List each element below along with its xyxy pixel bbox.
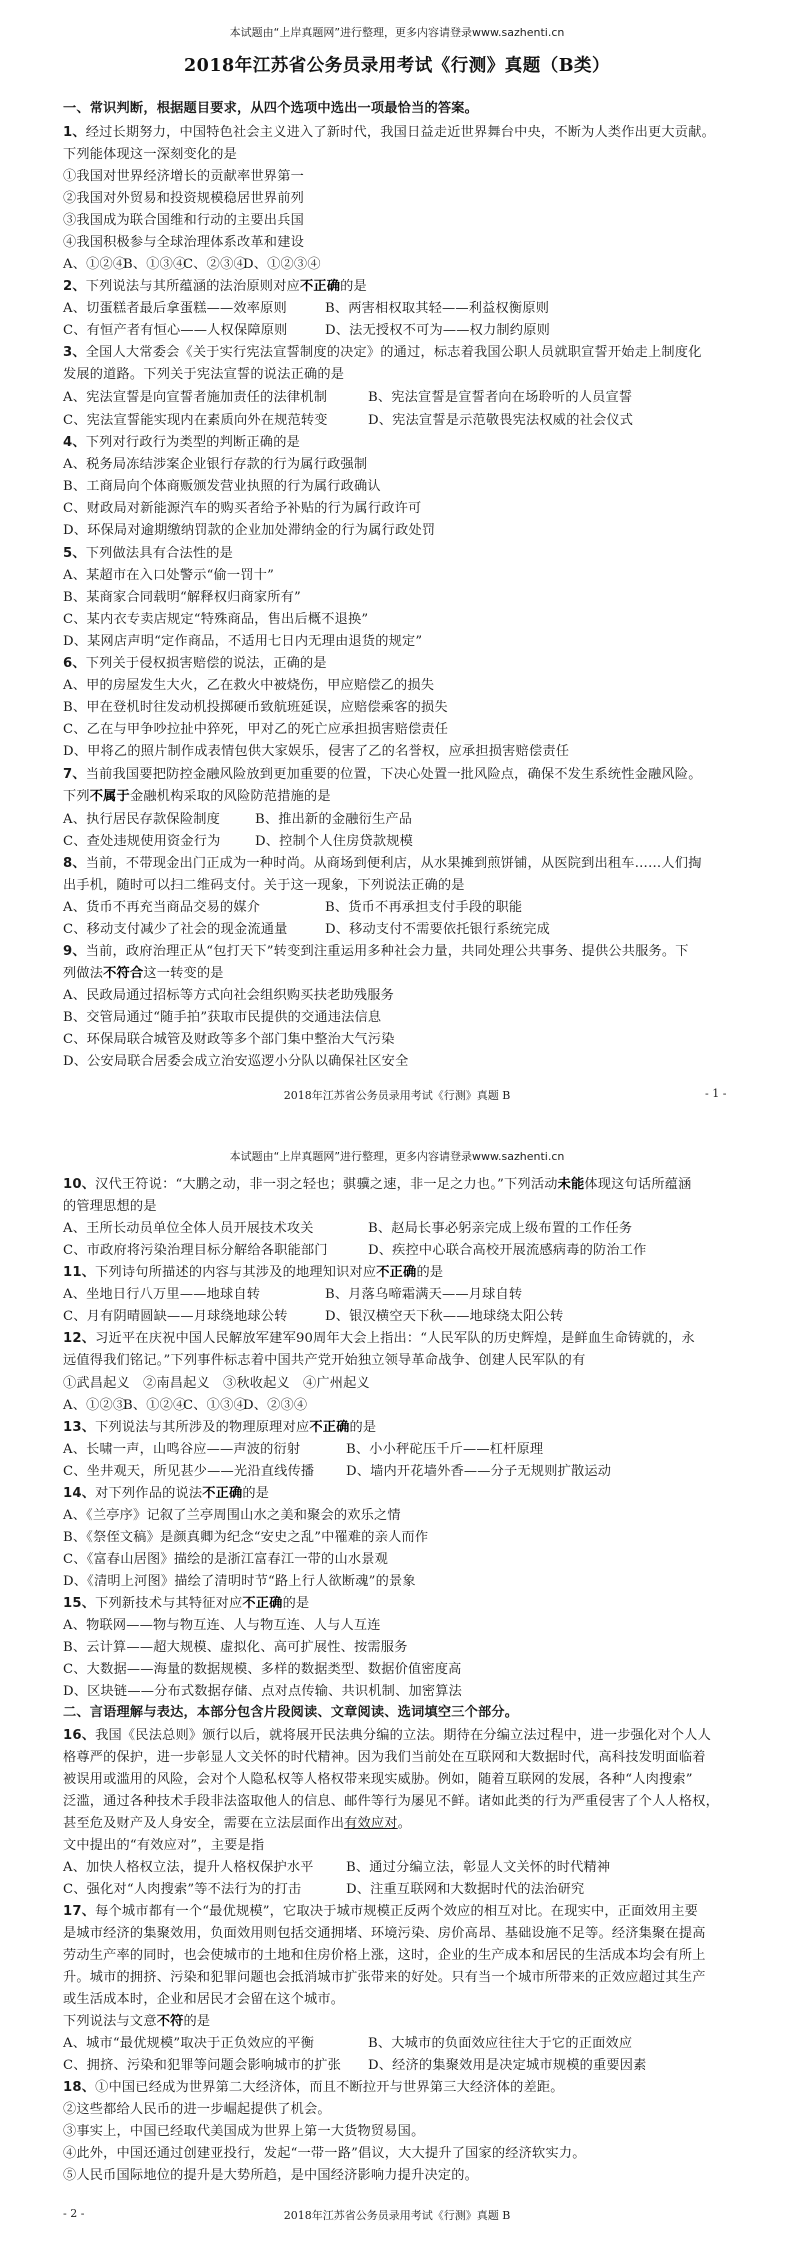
question-text: 列做法 [63, 966, 103, 981]
question-text: 对下列作品的说法 [95, 1486, 202, 1501]
question-12-stem: 12、习近平在庆祝中国人民解放军建军90周年大会上指出：“人民军队的历史辉煌，是… [63, 1330, 695, 1348]
question-text: 这一转变的是 [143, 966, 223, 981]
option-d[interactable]: D、①②③④ [243, 256, 321, 274]
question-16-passage: 格尊严的保护，进一步彰显人文关怀的时代精神。因为我们当前处在互联网和大数据时代，… [63, 1749, 706, 1767]
question-10-stem: 10、汉代王符说：“大鹏之动，非一羽之轻也；骐骥之速，非一足之力也。”下列活动未… [63, 1176, 692, 1194]
question-3-stem: 3、全国人大常委会《关于实行宪法宣誓制度的决定》的通过，标志着我国公职人员就职宣… [63, 344, 702, 362]
option-b[interactable]: B、交管局通过“随手拍”获取市民提供的交通违法信息 [63, 1009, 381, 1027]
question-number: 2、 [63, 279, 86, 294]
question-text: 经过长期努力，中国特色社会主义进入了新时代，我国日益走近世界舞台中央，不断为人类… [86, 125, 715, 140]
question-number: 3、 [63, 345, 86, 360]
option-d[interactable]: D、疾控中心联合高校开展流感病毒的防治工作 [368, 1242, 647, 1260]
emphasis-text: 未能 [558, 1177, 585, 1192]
question-number: 15、 [63, 1596, 95, 1611]
question-text: 下列说法与文意 [63, 2014, 157, 2029]
option-c[interactable]: C、《富春山居图》描绘的是浙江富春江一带的山水景观 [63, 1551, 388, 1569]
option-d[interactable]: D、区块链——分布式数据存储、点对点传输、共识机制、加密算法 [63, 1683, 462, 1701]
option-d[interactable]: D、环保局对逾期缴纳罚款的企业加处滞纳金的行为属行政处罚 [63, 522, 435, 540]
passage-text: 甚至危及财产及人身安全，需要在立法层面作出 [63, 1816, 344, 1831]
question-number: 17、 [63, 1904, 95, 1919]
emphasis-text: 不正确 [309, 1420, 349, 1435]
page-title: 2018年江苏省公务员录用考试《行测》真题（B类） [0, 52, 794, 77]
option-b[interactable]: B、宪法宣誓是宣誓者向在场聆听的人员宣誓 [368, 389, 632, 407]
option-b[interactable]: B、①③④ [123, 256, 186, 274]
question-2-stem: 2、下列说法与其所蕴涵的法治原则对应不正确的是 [63, 278, 367, 296]
option-a[interactable]: A、①②④ [63, 256, 126, 274]
question-text: 习近平在庆祝中国人民解放军建军90周年大会上指出：“人民军队的历史辉煌，是鲜血生… [95, 1331, 695, 1346]
option-c[interactable]: C、宪法宣誓能实现内在素质向外在规范转变 [63, 412, 328, 430]
question-1-stem-cont: 下列能体现这一深刻变化的是 [63, 146, 237, 164]
question-text: 汉代王符说：“大鹏之动，非一羽之轻也；骐骥之速，非一足之力也。”下列活动 [95, 1177, 557, 1192]
question-text: 下列说法与其所蕴涵的法治原则对应 [86, 279, 300, 294]
question-text: 当前我国要把防控金融风险放到更加重要的位置，下决心处置一批风险点，确保不发生系统… [86, 767, 702, 782]
question-16-prompt: 文中提出的“有效应对”，主要是指 [63, 1837, 264, 1855]
question-text: 下列诗句所描述的内容与其涉及的地理知识对应 [95, 1265, 376, 1280]
question-16-passage: 被误用或滥用的风险，会对个人隐私权等人格权带来现实威胁。例如，随着互联网的发展，… [63, 1771, 693, 1789]
passage-text: 我国《民法总则》颁行以后，就将展开民法典分编的立法。期待在分编立法过程中，进一步… [95, 1728, 711, 1743]
question-number: 10、 [63, 1177, 95, 1192]
question-9-stem-cont: 列做法不符合这一转变的是 [63, 965, 224, 983]
question-11-stem: 11、下列诗句所描述的内容与其涉及的地理知识对应不正确的是 [63, 1264, 443, 1282]
option-c[interactable]: C、拥挤、污染和犯罪等问题会影响城市的扩张 [63, 2057, 341, 2075]
question-text: 的是 [350, 1420, 377, 1435]
emphasis-text: 不符 [157, 2014, 184, 2029]
option-c[interactable]: C、查处违规使用资金行为 [63, 833, 221, 851]
question-1-item: ②我国对外贸易和投资规模稳居世界前列 [63, 190, 304, 208]
option-a[interactable]: A、切蛋糕者最后拿蛋糕——效率原则 [63, 300, 287, 318]
option-c[interactable]: C、市政府将污染治理目标分解给各职能部门 [63, 1242, 328, 1260]
option-d[interactable]: D、②③④ [243, 1397, 307, 1415]
option-a[interactable]: A、税务局冻结涉案企业银行存款的行为属行政强制 [63, 456, 367, 474]
question-text: 下列做法具有合法性的是 [86, 546, 233, 561]
question-16-passage: 泛滥，通过各种技术手段非法盗取他人的信息、邮件等行为屡见不鲜。诸如此类的行为严重… [63, 1793, 719, 1811]
option-c[interactable]: C、②③④ [183, 256, 247, 274]
option-b[interactable]: B、货币不再承担支付手段的职能 [325, 899, 522, 917]
question-8-stem: 8、当前，不带现金出门正成为一种时尚。从商场到便利店，从水果摊到煎饼铺，从医院到… [63, 855, 702, 873]
question-number: 4、 [63, 435, 86, 450]
question-number: 14、 [63, 1486, 95, 1501]
emphasis-text: 不属于 [90, 789, 130, 804]
question-text: 体现这句话所蕴涵 [584, 1177, 691, 1192]
option-c[interactable]: C、环保局联合城管及财政等多个部门集中整治大气污染 [63, 1031, 395, 1049]
question-number: 1、 [63, 125, 86, 140]
option-c[interactable]: C、某内衣专卖店规定“特殊商品，售出后概不退换” [63, 611, 368, 629]
question-text: 金融机构采取的风险防范措施的是 [130, 789, 331, 804]
option-d[interactable]: D、银汉横空天下秋——地球绕太阳公转 [325, 1308, 563, 1326]
option-a[interactable]: A、执行居民存款保险制度 [63, 811, 220, 829]
question-text: 当前，不带现金出门正成为一种时尚。从商场到便利店，从水果摊到煎饼铺，从医院到出租… [86, 856, 702, 871]
option-c[interactable]: C、月有阴晴圆缺——月球绕地球公转 [63, 1308, 288, 1326]
question-1-stem: 1、经过长期努力，中国特色社会主义进入了新时代，我国日益走近世界舞台中央，不断为… [63, 124, 715, 142]
question-9-stem: 9、当前，政府治理正从“包打天下”转变到注重运用多种社会力量，共同处理公共事务、… [63, 943, 689, 961]
option-d[interactable]: D、墙内开花墙外香——分子无规则扩散运动 [346, 1463, 611, 1481]
option-b[interactable]: B、两害相权取其轻——利益权衡原则 [325, 300, 549, 318]
question-18-sentence: ②这些都给人民币的进一步崛起提供了机会。 [63, 2101, 331, 2119]
question-12-item: ②南昌起义 [143, 1375, 210, 1393]
question-16-passage: 甚至危及财产及人身安全，需要在立法层面作出有效应对。 [63, 1815, 411, 1833]
page-footer-title: 2018年江苏省公务员录用考试《行测》真题 B [0, 2207, 794, 2223]
question-7-stem-cont: 下列不属于金融机构采取的风险防范措施的是 [63, 788, 331, 806]
question-12-item: ④广州起义 [303, 1375, 370, 1393]
passage-text: 每个城市都有一个“最优规模”，它取决于城市规模正反两个效应的相互对比。在现实中，… [95, 1904, 698, 1919]
question-14-stem: 14、对下列作品的说法不正确的是 [63, 1485, 269, 1503]
question-number: 5、 [63, 546, 86, 561]
option-c[interactable]: C、财政局对新能源汽车的购买者给予补贴的行为属行政许可 [63, 500, 421, 518]
question-17-passage: 或生活成本时，企业和居民才会留在这个城市。 [63, 1991, 344, 2009]
option-d[interactable]: D、甲将乙的照片制作成表情包供大家娱乐，侵害了乙的名誉权，应承担损害赔偿责任 [63, 743, 569, 761]
option-c[interactable]: C、有恒产者有恒心——人权保障原则 [63, 322, 288, 340]
question-16-passage: 16、我国《民法总则》颁行以后，就将展开民法典分编的立法。期待在分编立法过程中，… [63, 1727, 711, 1745]
question-18-sentence: 18、①中国已经成为世界第二大经济体，而且不断拉开与世界第三大经济体的差距。 [63, 2079, 564, 2097]
option-a[interactable]: A、坐地日行八万里——地球自转 [63, 1286, 260, 1304]
option-c[interactable]: C、①③④ [183, 1397, 247, 1415]
question-1-item: ①我国对世界经济增长的贡献率世界第一 [63, 168, 304, 186]
question-5-stem: 5、下列做法具有合法性的是 [63, 545, 233, 563]
emphasis-text: 不符合 [103, 966, 143, 981]
question-text: 的是 [242, 1486, 269, 1501]
section-heading-verbal: 二、言语理解与表达，本部分包含片段阅读、文章阅读、选词填空三个部分。 [63, 1704, 518, 1722]
option-a[interactable]: A、王所长动员单位全体人员开展技术攻关 [63, 1220, 314, 1238]
question-text: 当前，政府治理正从“包打天下”转变到注重运用多种社会力量，共同处理公共事务、提供… [86, 944, 689, 959]
option-b[interactable]: B、小小秤砣压千斤——杠杆原理 [346, 1441, 543, 1459]
emphasis-text: 不正确 [242, 1596, 282, 1611]
page-footer-title: 2018年江苏省公务员录用考试《行测》真题 B [0, 1087, 794, 1103]
option-d[interactable]: D、法无授权不可为——权力制约原则 [325, 322, 550, 340]
site-watermark: 本试题由“上岸真题网”进行整理，更多内容请登录www.sazhenti.cn [0, 24, 794, 40]
question-12-item: ①武昌起义 [63, 1375, 130, 1393]
question-12-stem-cont: 远值得我们铭记。”下列事件标志着中国共产党开始独立领导革命战争、创建人民军队的有 [63, 1352, 585, 1370]
option-b[interactable]: B、赵局长事必躬亲完成上级布置的工作任务 [368, 1220, 632, 1238]
question-text: 的是 [283, 1596, 310, 1611]
option-d[interactable]: D、经济的集聚效用是决定城市规模的重要因素 [368, 2057, 647, 2075]
option-b[interactable]: B、甲在登机时往发动机投掷硬币致航班延误，应赔偿乘客的损失 [63, 699, 448, 717]
option-c[interactable]: C、强化对“人肉搜索”等不法行为的打击 [63, 1881, 301, 1899]
option-c[interactable]: C、乙在与甲争吵拉扯中猝死，甲对乙的死亡应承担损害赔偿责任 [63, 721, 448, 739]
question-17-passage: 劳动生产率的同时，也会使城市的土地和住房价格上涨，这时，企业的生产成本和居民的生… [63, 1947, 706, 1965]
option-b[interactable]: B、工商局向个体商贩颁发营业执照的行为属行政确认 [63, 478, 381, 496]
question-number: 7、 [63, 767, 86, 782]
option-c[interactable]: C、大数据——海量的数据规模、多样的数据类型、数据价值密度高 [63, 1661, 462, 1679]
option-a[interactable]: A、城市“最优规模”取决于正负效应的平衡 [63, 2035, 314, 2053]
option-d[interactable]: D、注重互联网和大数据时代的法治研究 [346, 1881, 584, 1899]
question-6-stem: 6、下列关于侵权损害赔偿的说法，正确的是 [63, 655, 327, 673]
question-number: 6、 [63, 656, 86, 671]
option-d[interactable]: D、公安局联合居委会成立治安巡逻小分队以确保社区安全 [63, 1053, 408, 1071]
question-13-stem: 13、下列说法与其所涉及的物理原理对应不正确的是 [63, 1419, 376, 1437]
option-a[interactable]: A、加快人格权立法，提升人格权保护水平 [63, 1859, 314, 1877]
page-number: - 1 - [705, 1087, 726, 1100]
question-text: 全国人大常委会《关于实行宪法宣誓制度的决定》的通过，标志着我国公职人员就职宣誓开… [86, 345, 702, 360]
option-a[interactable]: A、宪法宣誓是向宣誓者施加责任的法律机制 [63, 389, 327, 407]
question-17-passage: 17、每个城市都有一个“最优规模”，它取决于城市规模正反两个效应的相互对比。在现… [63, 1903, 698, 1921]
site-watermark: 本试题由“上岸真题网”进行整理，更多内容请登录www.sazhenti.cn [0, 1148, 794, 1164]
question-number: 13、 [63, 1420, 95, 1435]
option-b[interactable]: B、大城市的负面效应往往大于它的正面效应 [368, 2035, 632, 2053]
question-text: 下列 [63, 789, 90, 804]
question-7-stem: 7、当前我国要把防控金融风险放到更加重要的位置，下决心处置一批风险点，确保不发生… [63, 766, 702, 784]
option-b[interactable]: B、某商家合同载明“解释权归商家所有” [63, 589, 301, 607]
question-text: 下列关于侵权损害赔偿的说法，正确的是 [86, 656, 327, 671]
option-b[interactable]: B、通过分编立法，彰显人文关怀的时代精神 [346, 1859, 610, 1877]
question-18-sentence: ⑤人民币国际地位的提升是大势所趋，是中国经济影响力提升决定的。 [63, 2167, 478, 2185]
question-text: 下列新技术与其特征对应 [95, 1596, 242, 1611]
question-number: 16、 [63, 1728, 95, 1743]
question-3-stem-cont: 发展的道路。下列关于宪法宣誓的说法正确的是 [63, 366, 344, 384]
option-b[interactable]: B、月落乌啼霜满天——月球自转 [325, 1286, 522, 1304]
question-18-sentence: ④此外，中国还通过创建亚投行，发起“一带一路”倡议，大大提升了国家的经济软实力。 [63, 2145, 586, 2163]
option-b[interactable]: B、推出新的金融衍生产品 [255, 811, 412, 829]
option-c[interactable]: C、坐井观天，所见甚少——光沿直线传播 [63, 1463, 314, 1481]
question-number: 8、 [63, 856, 86, 871]
section-heading-common-sense: 一、常识判断，根据题目要求，从四个选项中选出一项最恰当的答案。 [63, 100, 478, 118]
option-a[interactable]: A、长啸一声，山鸣谷应——声波的衍射 [63, 1441, 300, 1459]
passage-text: 。 [398, 1816, 411, 1831]
question-17-passage: 升。城市的拥挤、污染和犯罪问题也会抵消城市扩张带来的好处。只有当一个城市所带来的… [63, 1969, 706, 1987]
question-number: 9、 [63, 944, 86, 959]
option-a[interactable]: A、民政局通过招标等方式向社会组织购买扶老助残服务 [63, 987, 394, 1005]
emphasis-text: 不正确 [300, 279, 340, 294]
question-4-stem: 4、下列对行政行为类型的判断正确的是 [63, 434, 300, 452]
sentence-text: ①中国已经成为世界第二大经济体，而且不断拉开与世界第三大经济体的差距。 [95, 2080, 564, 2095]
option-d[interactable]: D、移动支付不需要依托银行系统完成 [325, 921, 550, 939]
question-1-item: ④我国积极参与全球治理体系改革和建设 [63, 234, 304, 252]
question-18-sentence: ③事实上，中国已经取代美国成为世界上第一大货物贸易国。 [63, 2123, 424, 2141]
question-text: 的是 [340, 279, 367, 294]
option-b[interactable]: B、云计算——超大规模、虚拟化、高可扩展性、按需服务 [63, 1639, 408, 1657]
option-a[interactable]: A、甲的房屋发生大火，乙在救火中被烧伤，甲应赔偿乙的损失 [63, 677, 434, 695]
option-a[interactable]: A、①②③ [63, 1397, 126, 1415]
question-text: 的是 [184, 2014, 211, 2029]
option-c[interactable]: C、移动支付减少了社会的现金流通量 [63, 921, 288, 939]
option-a[interactable]: A、某超市在入口处警示“偷一罚十” [63, 567, 274, 585]
question-text: 下列对行政行为类型的判断正确的是 [86, 435, 300, 450]
question-17-passage: 是城市经济的集聚效用，负面效用则包括交通拥堵、环境污染、房价高昂、基础设施不足等… [63, 1925, 706, 1943]
question-17-prompt: 下列说法与文意不符的是 [63, 2013, 210, 2031]
option-a[interactable]: A、《兰亭序》记叙了兰亭周围山水之美和聚会的欢乐之情 [63, 1507, 401, 1525]
question-15-stem: 15、下列新技术与其特征对应不正确的是 [63, 1595, 309, 1613]
question-10-stem-cont: 的管理思想的是 [63, 1198, 157, 1216]
question-number: 12、 [63, 1331, 95, 1346]
option-d[interactable]: D、《清明上河图》描绘了清明时节“路上行人欲断魂”的景象 [63, 1573, 416, 1591]
question-8-stem-cont: 出手机，随时可以扫二维码支付。关于这一现象，下列说法正确的是 [63, 877, 465, 895]
option-d[interactable]: D、控制个人住房贷款规模 [255, 833, 413, 851]
question-text: 下列说法与其所涉及的物理原理对应 [95, 1420, 309, 1435]
question-12-item: ③秋收起义 [223, 1375, 290, 1393]
option-d[interactable]: D、宪法宣誓是示范敬畏宪法权威的社会仪式 [368, 412, 633, 430]
question-text: 的是 [416, 1265, 443, 1280]
option-a[interactable]: A、货币不再充当商品交易的媒介 [63, 899, 260, 917]
option-a[interactable]: A、物联网——物与物互连、人与物互连、人与人互连 [63, 1617, 381, 1635]
question-number: 18、 [63, 2080, 95, 2095]
option-b[interactable]: B、《祭侄文稿》是颜真卿为纪念“安史之乱”中罹难的亲人而作 [63, 1529, 428, 1547]
option-b[interactable]: B、①②④ [123, 1397, 186, 1415]
question-1-item: ③我国成为联合国维和行动的主要出兵国 [63, 212, 304, 230]
emphasis-text: 不正确 [376, 1265, 416, 1280]
question-number: 11、 [63, 1265, 95, 1280]
option-d[interactable]: D、某网店声明“定作商品，不适用七日内无理由退货的规定” [63, 633, 422, 651]
underlined-term: 有效应对 [344, 1816, 398, 1831]
emphasis-text: 不正确 [202, 1486, 242, 1501]
